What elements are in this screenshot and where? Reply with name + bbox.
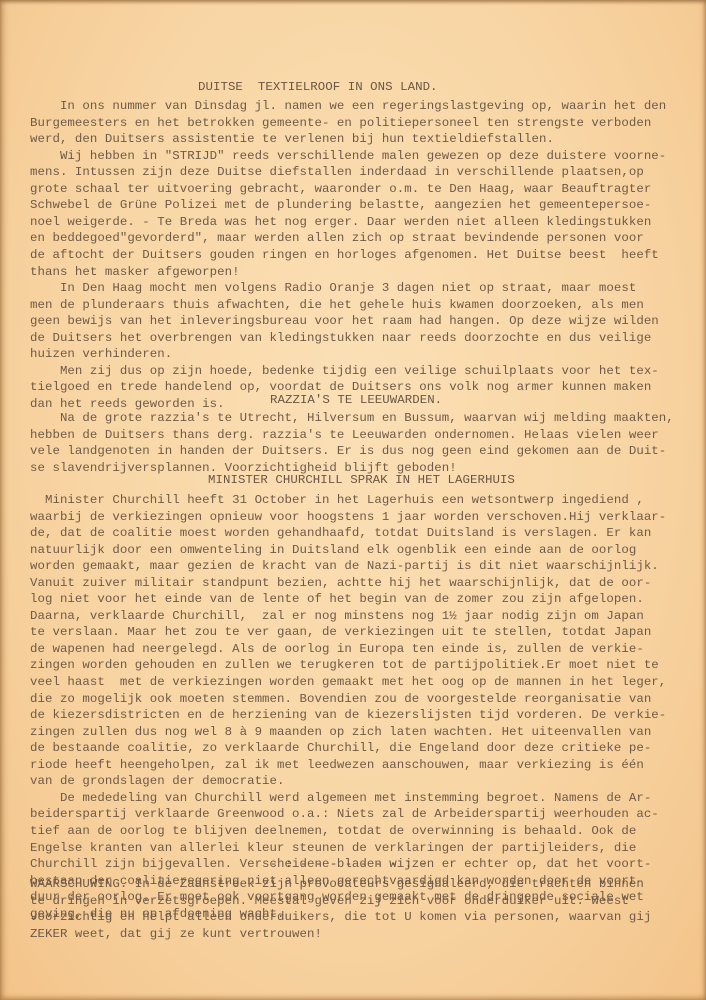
paragraph-line: veel haast met de verkiezingen worden ge…: [30, 674, 666, 691]
heading-churchill: MINISTER CHURCHILL SPRAK IN HET LAGERHUI…: [208, 472, 515, 489]
paragraph-line: zingen worden gehouden en zullen we teru…: [30, 657, 659, 674]
paragraph-line: de kiezersdistricten en de herziening va…: [30, 707, 666, 724]
paragraph-line: zingen zullen dus nog wel 8 à 9 maanden …: [30, 724, 651, 741]
paragraph-line: hebben de Duitsers thans derg. razzia's …: [30, 427, 659, 444]
paragraph-line: van de grondslagen der democratie.: [30, 773, 285, 790]
paragraph-line: Vanuit zuiver militair standpunt bezien,…: [30, 575, 651, 592]
paragraph-line: In Den Haag mocht men volgens Radio Oran…: [30, 280, 636, 297]
paragraph-line: de wapenen had neergelegd. Als de oorlog…: [30, 641, 644, 658]
paragraph-line: In ons nummer van Dinsdag jl. namen we e…: [30, 98, 666, 115]
paragraph-line: natuurlijk door een omwenteling in Duits…: [30, 542, 636, 559]
paragraph-line: tief aan de oorlog te blijven deelnemen,…: [30, 823, 636, 840]
paragraph-line: beiderspartij verklaarde Greenwood o.a.:…: [30, 806, 659, 823]
warning-line: voorzichtig en helpt alleen onderduikers…: [30, 909, 651, 926]
paragraph-line: waarbij de verkiezingen opnieuw voor hoo…: [30, 509, 666, 526]
paragraph-line: log niet voor het einde van de lente of …: [30, 591, 644, 608]
warning-line: WAARSCHUWING. In de Zaanstreek zijn prov…: [30, 876, 644, 893]
paragraph-line: riode heeft heengeholpen, zal ik met lee…: [30, 757, 644, 774]
heading-razzias: RAZZIA'S TE LEEUWARDEN.: [270, 392, 442, 409]
paragraph-line: Burgemeesters en het betrokken gemeente-…: [30, 115, 651, 132]
paragraph-line: Na de grote razzia's te Utrecht, Hilvers…: [30, 410, 674, 427]
paragraph-line: worden gemaakt, maar gezien de kracht va…: [30, 558, 659, 575]
paragraph-line: te verslaan. Maar het zou te ver gaan, d…: [30, 624, 651, 641]
warning-line: te dringen in verzetsgroepen. Meestal ge…: [30, 893, 629, 910]
paragraph-line: men de plunderaars thuis afwachten, die …: [30, 297, 644, 314]
paragraph-line: werd, den Duitsers assistentie te verlen…: [30, 131, 554, 148]
section-separator: - : - - - - - - - : -: [270, 857, 427, 871]
paragraph-line: De mededeling van Churchill werd algemee…: [30, 790, 651, 807]
paragraph-line: vele landgenoten in handen der Duitsers.…: [30, 443, 666, 460]
paragraph-line: de Duitsers het overbrengen van kledings…: [30, 330, 651, 347]
paragraph-line: de aftocht der Duitsers gouden ringen en…: [30, 247, 659, 264]
paragraph-line: grote schaal ter uitvoering gebracht, wa…: [30, 181, 651, 198]
paragraph-line: thans het masker afgeworpen!: [30, 264, 240, 281]
heading-textielroof: DUITSE TEXTIELROOF IN ONS LAND.: [198, 79, 438, 96]
paragraph-line: mens. Intussen zijn deze Duitse diefstal…: [30, 164, 644, 181]
paragraph-line: Schwebel de Grüne Polizei met de plunder…: [30, 197, 651, 214]
warning-line: ZEKER weet, dat gij ze kunt vertrouwen!: [30, 926, 322, 943]
paragraph-line: de bestaande coalitie, zo verklaarde Chu…: [30, 740, 651, 757]
paragraph-line: noel weigerde. - Te Breda was het nog er…: [30, 214, 651, 231]
paragraph-line: en beddegoed"gevorderd", maar werden all…: [30, 230, 644, 247]
paragraph-line: die zo mogelijk ook moeten stemmen. Bove…: [30, 691, 651, 708]
paragraph-line: Minister Churchill heeft 31 October in h…: [30, 492, 644, 509]
paragraph-line: de, dat de coalitie moest worden gehandh…: [30, 525, 651, 542]
paragraph-line: Wij hebben in "STRIJD" reeds verschillen…: [30, 148, 666, 165]
paragraph-line: Daarna, verklaarde Churchill, zal er nog…: [30, 608, 644, 625]
paragraph-line: Men zij dus op zijn hoede, bedenke tijdi…: [30, 363, 659, 380]
paragraph-line: huizen verhinderen.: [30, 346, 172, 363]
typewritten-page: DUITSE TEXTIELROOF IN ONS LAND. In ons n…: [0, 0, 706, 1000]
paragraph-line: Engelse kranten van allerlei kleur steun…: [30, 840, 636, 857]
paragraph-line: geen bewijs van het inleveringsbureau vo…: [30, 313, 659, 330]
